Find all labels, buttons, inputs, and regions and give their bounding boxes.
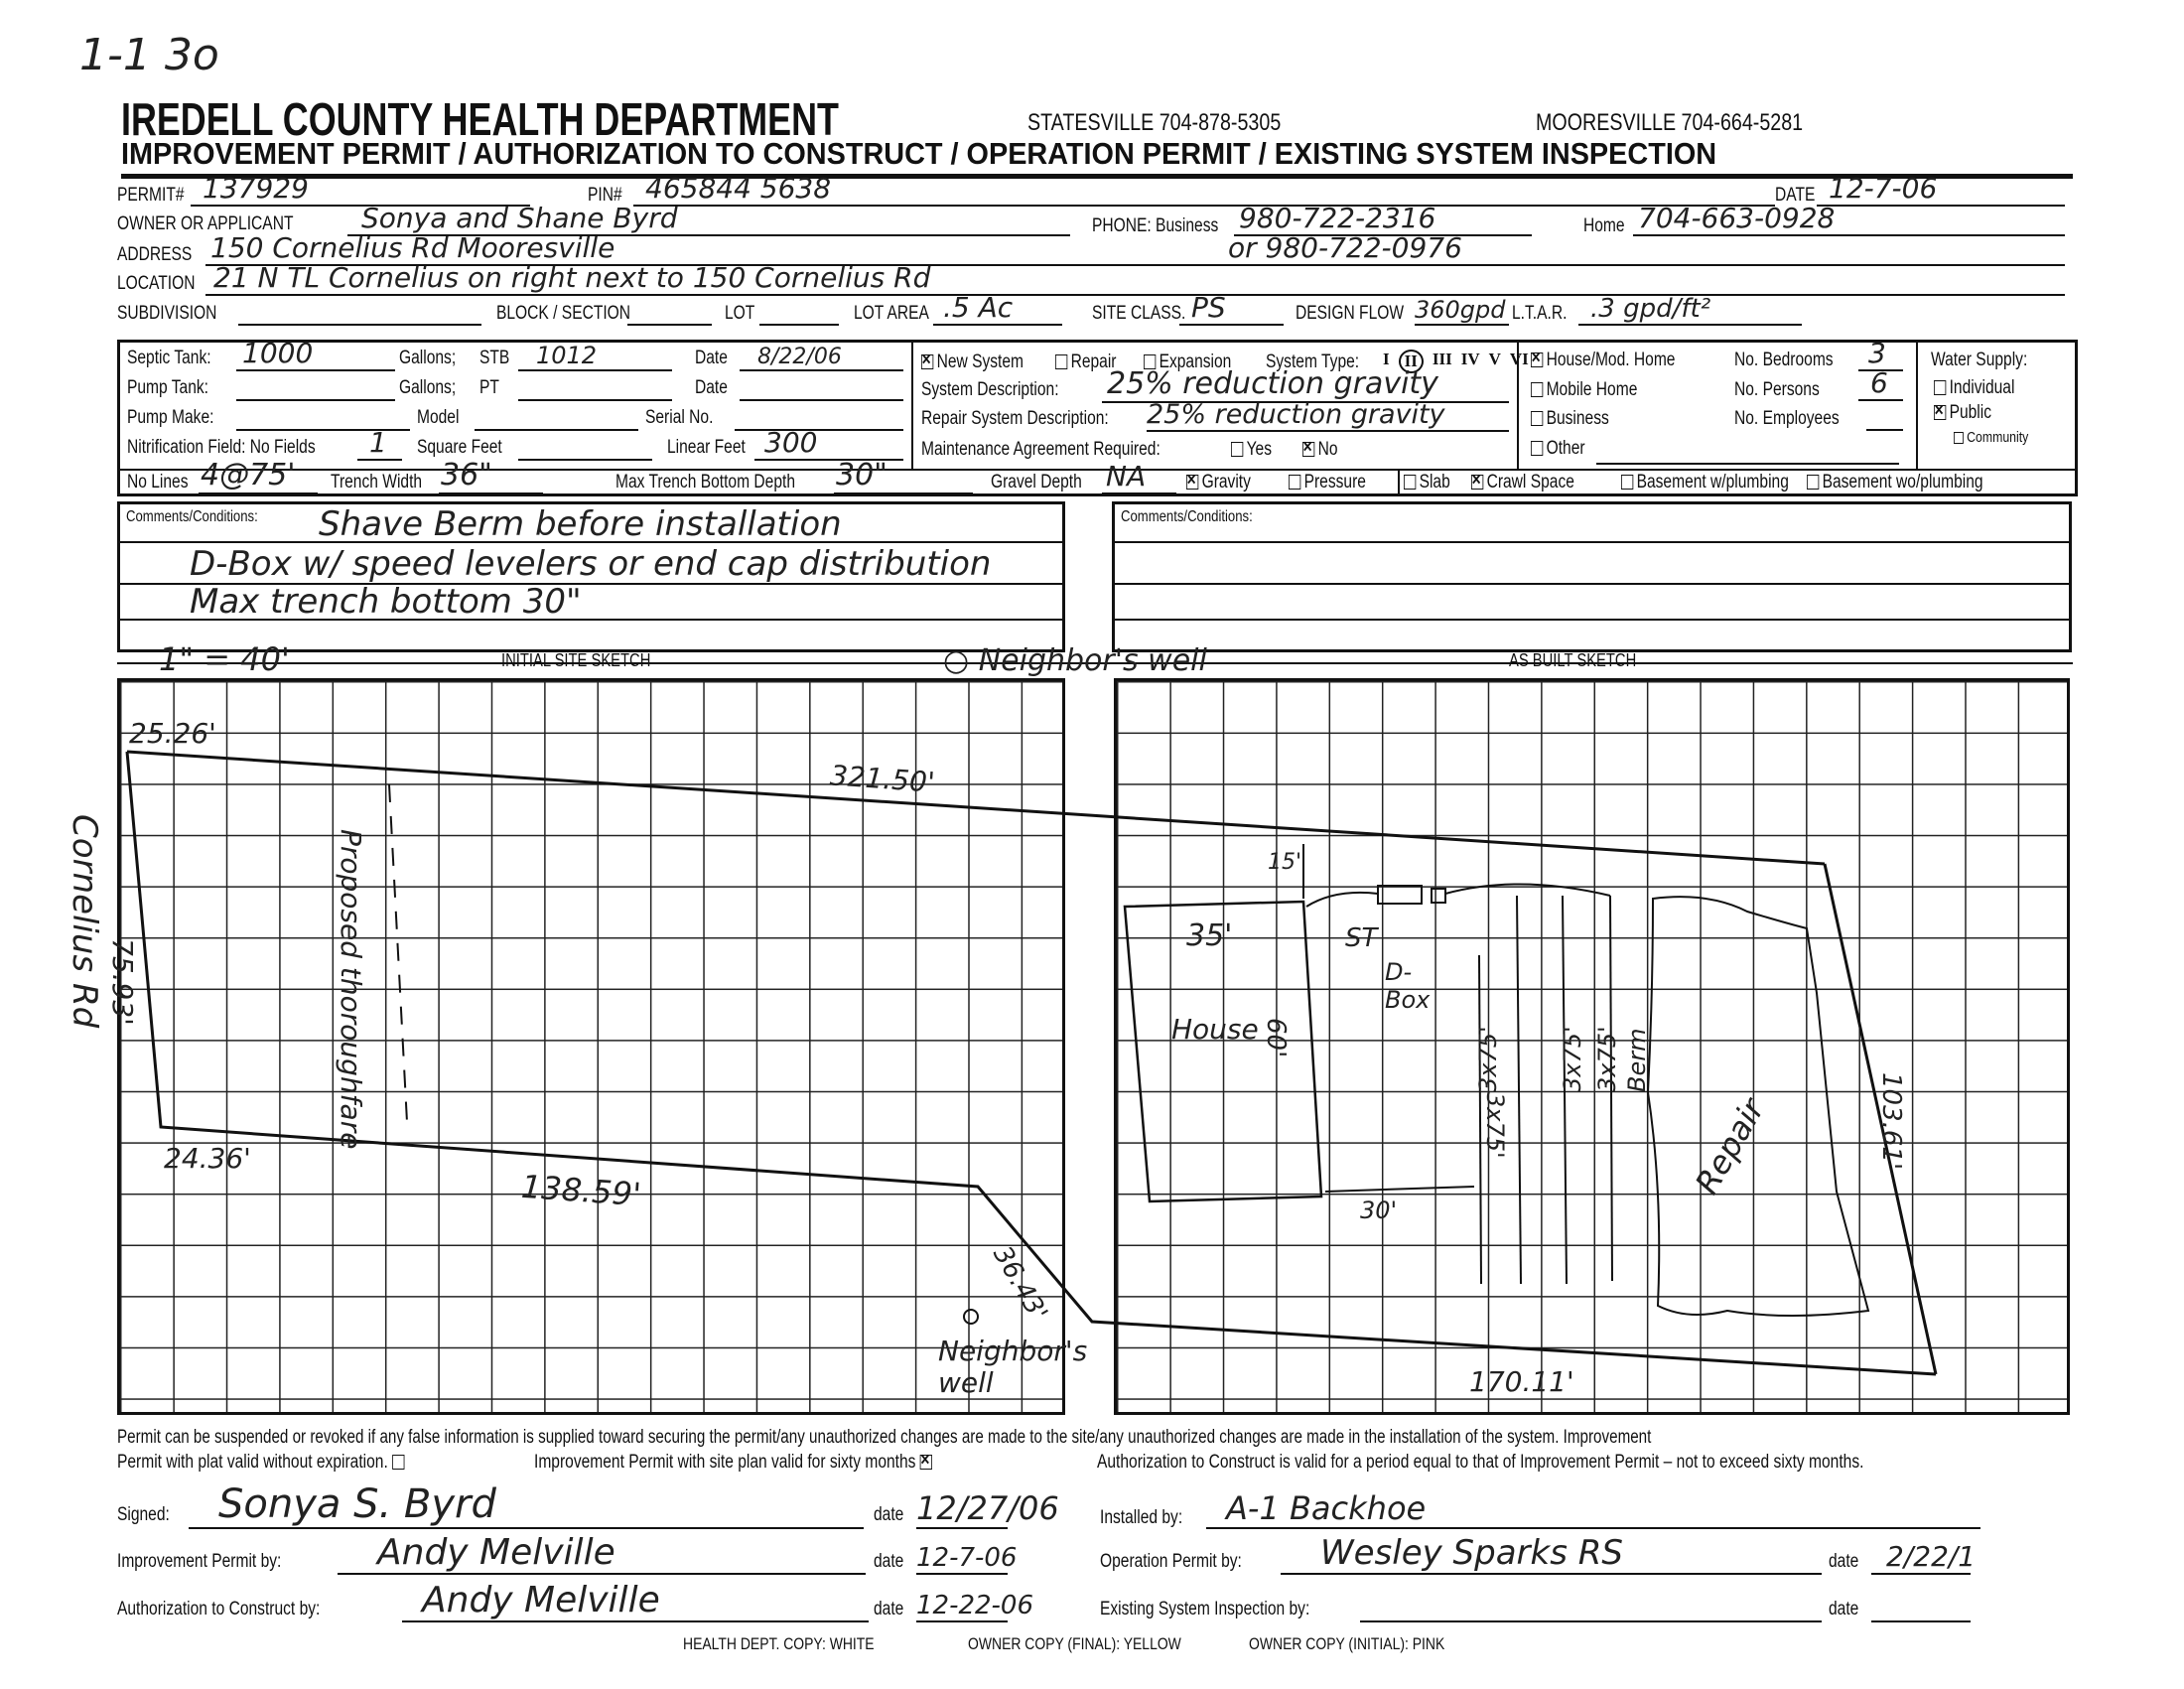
improvement-by-label: Improvement Permit by: <box>117 1551 281 1573</box>
plat-label: Permit with plat valid without expiratio… <box>117 1452 388 1473</box>
auth-date-label: date <box>874 1599 903 1620</box>
signed-date-field[interactable]: 12/27/06 <box>916 1495 1008 1529</box>
annot-house: House <box>1171 1013 1259 1046</box>
improvement-date-field[interactable]: 12-7-06 <box>916 1545 1008 1575</box>
annot-line-2: 3x75' <box>1481 1092 1509 1159</box>
annot-neighbors-well: Neighbor's well <box>938 1336 1057 1399</box>
copy-yellow: OWNER COPY (FINAL): YELLOW <box>968 1634 1181 1654</box>
annot-35: 35' <box>1186 918 1232 953</box>
operation-by-field[interactable]: Wesley Sparks RS <box>1281 1545 1822 1575</box>
plat-checkbox[interactable]: Permit with plat valid without expiratio… <box>117 1452 408 1474</box>
auth-by-label: Authorization to Construct by: <box>117 1599 320 1620</box>
existing-date-label: date <box>1829 1599 1858 1620</box>
auth-by-field[interactable]: Andy Melville <box>402 1593 869 1622</box>
operation-by-value: Wesley Sparks RS <box>1320 1533 1623 1573</box>
copy-pink: OWNER COPY (INITIAL): PINK <box>1249 1634 1444 1654</box>
improvement-date-label: date <box>874 1551 903 1573</box>
annot-berm: Berm <box>1623 1029 1651 1092</box>
auth-date-field[interactable]: 12-22-06 <box>916 1593 1008 1622</box>
site-plan-label: Improvement Permit with site plan valid … <box>534 1452 915 1473</box>
signed-date-label: date <box>874 1504 903 1526</box>
copy-white: HEALTH DEPT. COPY: WHITE <box>683 1634 875 1654</box>
annot-st: ST <box>1345 923 1377 953</box>
signed-field[interactable]: Sonya S. Byrd <box>189 1495 864 1529</box>
annot-dbox: D-Box <box>1385 958 1434 1014</box>
existing-label: Existing System Inspection by: <box>1100 1599 1309 1620</box>
operation-date-field[interactable]: 2/22/1 <box>1871 1545 1971 1575</box>
annot-170-11: 170.11' <box>1469 1365 1574 1398</box>
annot-line-4: 3x75' <box>1593 1026 1621 1092</box>
annot-103-61: 103.61' <box>1876 1072 1906 1170</box>
existing-field[interactable] <box>1360 1593 1822 1622</box>
signed-value: Sonya S. Byrd <box>218 1481 496 1527</box>
signed-label: Signed: <box>117 1504 170 1526</box>
annot-75-93: 75.93' <box>106 938 139 1026</box>
operation-date-label: date <box>1829 1551 1858 1573</box>
operation-date-value: 2/22/1 <box>1886 1540 1976 1573</box>
site-plan-check[interactable] <box>920 1455 932 1470</box>
installed-field[interactable]: A-1 Backhoe <box>1206 1495 1980 1529</box>
annot-25-26: 25.26' <box>129 717 216 750</box>
auth-by-value: Andy Melville <box>422 1580 660 1620</box>
annot-thoroughfare: Proposed thoroughfare <box>335 829 367 1149</box>
annot-line-1: 3x75' <box>1474 1026 1502 1092</box>
annot-60: 60' <box>1261 1018 1291 1057</box>
improvement-by-field[interactable]: Andy Melville <box>338 1545 866 1575</box>
auth-date-value: 12-22-06 <box>916 1591 1033 1620</box>
annot-road: Cornelius Rd <box>5 923 45 1137</box>
disclaimer: Permit can be suspended or revoked if an… <box>117 1427 1651 1449</box>
plat-check[interactable] <box>392 1455 404 1470</box>
annot-15: 15' <box>1268 850 1301 875</box>
road-text: Cornelius Rd <box>65 814 104 1028</box>
annot-30: 30' <box>1360 1196 1397 1224</box>
installed-label: Installed by: <box>1100 1507 1182 1529</box>
improvement-by-value: Andy Melville <box>377 1532 615 1573</box>
operation-by-label: Operation Permit by: <box>1100 1551 1242 1573</box>
auth-note: Authorization to Construct is valid for … <box>1097 1452 1863 1474</box>
improvement-date-value: 12-7-06 <box>916 1543 1017 1573</box>
site-plan-checkbox[interactable]: Improvement Permit with site plan valid … <box>534 1452 935 1474</box>
annot-line-3: 3x75' <box>1559 1026 1586 1092</box>
installed-value: A-1 Backhoe <box>1226 1489 1426 1527</box>
existing-date-field[interactable] <box>1871 1593 1971 1622</box>
signed-date-value: 12/27/06 <box>916 1489 1059 1527</box>
annot-24-36: 24.36' <box>164 1142 251 1175</box>
